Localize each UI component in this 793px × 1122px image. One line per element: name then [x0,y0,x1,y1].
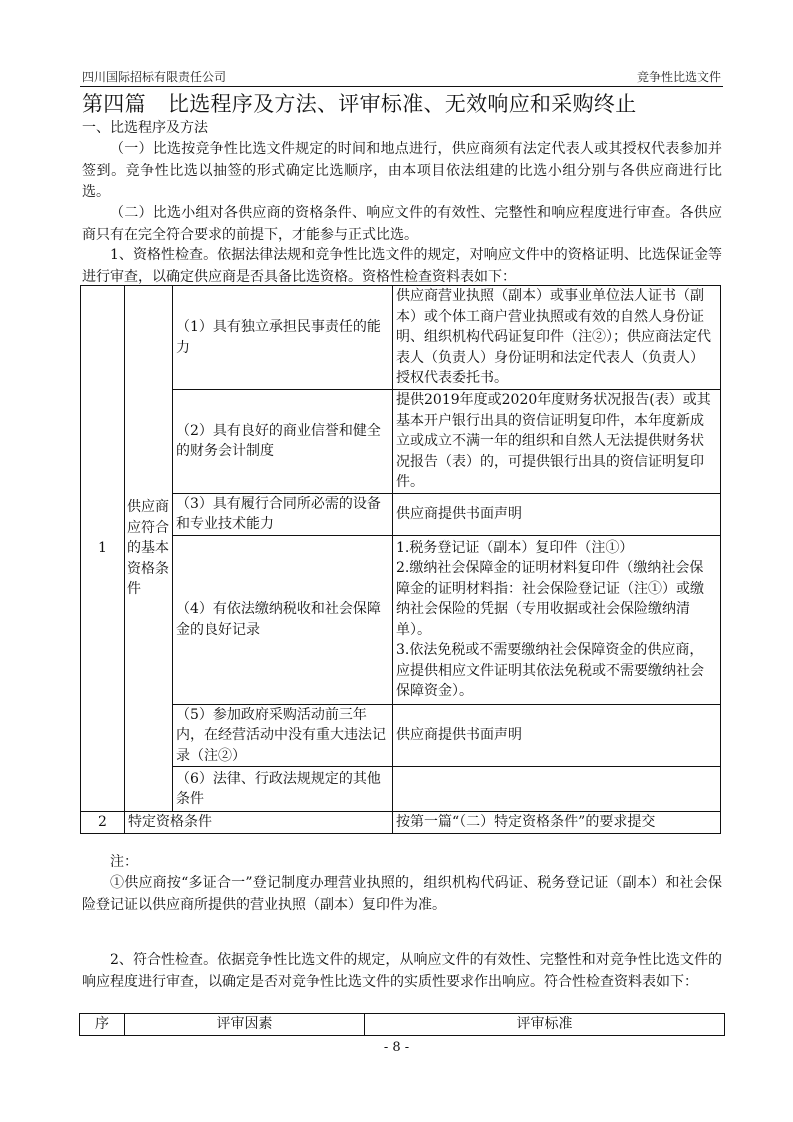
requirement-line: 1.税务登记证（副本）复印件（注①） [396,538,717,559]
condition-cell: （1）具有独立承担民事责任的能力 [173,286,393,390]
header-cell-factor: 评审因素 [125,1014,365,1036]
table-row: 2 特定资格条件 按第一篇“（二）特定资格条件”的要求提交 [81,812,721,834]
section1-heading: 一、比选程序及方法 [82,118,722,140]
condition-cell: （6）法律、行政法规规定的其他条件 [173,767,393,812]
table-row: （2）具有良好的商业信誉和健全的财务会计制度 提供2019年度或2020年度财务… [81,390,721,494]
section1-paragraph-3: 1、资格性检查。依据法律法规和竞争性比选文件的规定，对响应文件中的资格证明、比选… [82,245,722,288]
condition-cell: （3）具有履行合同所必需的设备和专业技术能力 [173,493,393,535]
notes-label: 注： [82,852,722,874]
row-number: 2 [81,812,125,834]
requirement-cell: 供应商提供书面声明 [393,493,721,535]
requirement-cell [393,767,721,812]
requirement-line: 2.缴纳社会保障金的证明材料复印件（缴纳社会保障金的证明材料指：社会保险登记证（… [396,558,717,640]
note-1: ①供应商按“多证合一”登记制度办理营业执照的，组织机构代码证、税务登记证（副本）… [82,873,722,916]
header-divider [80,86,723,87]
table-row: （3）具有履行合同所必需的设备和专业技术能力 供应商提供书面声明 [81,493,721,535]
table-row: （5）参加政府采购活动前三年内，在经营活动中没有重大违法记录（注②） 供应商提供… [81,704,721,767]
page-number: - 8 - [0,1040,793,1055]
page-title: 第四篇比选程序及方法、评审标准、无效响应和采购终止 [82,88,637,118]
section2-paragraph-1: 2、符合性检查。依据竞争性比选文件的规定，从响应文件的有效性、完整性和对竞争性比… [82,950,722,993]
section1-paragraph-2: （二）比选小组对各供应商的资格条件、响应文件的有效性、完整性和响应程度进行审查。… [82,203,722,246]
header-company: 四川国际招标有限责任公司 [82,68,226,85]
section1-paragraph-1: （一）比选按竞争性比选文件规定的时间和地点进行，供应商须有法定代表人或其授权代表… [82,139,722,204]
title-part: 第四篇 [82,92,146,116]
row-number: 1 [81,286,125,812]
category-cell: 特定资格条件 [125,812,393,834]
table-row: （4）有依法缴纳税收和社会保障金的良好记录 1.税务登记证（副本）复印件（注①）… [81,535,721,704]
requirement-cell: 供应商营业执照（副本）或事业单位法人证书（副本）或个体工商户营业执照或有效的自然… [393,286,721,390]
category-cell: 供应商应符合的基本资格条件 [125,286,173,812]
qualification-table: 1 供应商应符合的基本资格条件 （1）具有独立承担民事责任的能力 供应商营业执照… [80,285,721,834]
requirement-cell: 提供2019年度或2020年度财务状况报告(表）或其基本开户银行出具的资信证明复… [393,390,721,494]
condition-cell: （2）具有良好的商业信誉和健全的财务会计制度 [173,390,393,494]
compliance-table: 序 评审因素 评审标准 [79,1013,725,1036]
table-row: 1 供应商应符合的基本资格条件 （1）具有独立承担民事责任的能力 供应商营业执照… [81,286,721,390]
table-row: （6）法律、行政法规规定的其他条件 [81,767,721,812]
header-cell-standard: 评审标准 [365,1014,725,1036]
header-cell-number: 序 [80,1014,125,1036]
requirement-cell: 供应商提供书面声明 [393,704,721,767]
requirement-cell: 按第一篇“（二）特定资格条件”的要求提交 [393,812,721,834]
table-header-row: 序 评审因素 评审标准 [80,1014,725,1036]
condition-cell: （4）有依法缴纳税收和社会保障金的良好记录 [173,535,393,704]
requirement-line: 3.依法免税或不需要缴纳社会保障资金的供应商，应提供相应文件证明其依法免税或不需… [396,640,717,702]
title-text: 比选程序及方法、评审标准、无效响应和采购终止 [168,92,637,116]
condition-cell: （5）参加政府采购活动前三年内，在经营活动中没有重大违法记录（注②） [173,704,393,767]
header-doc-type: 竞争性比选文件 [637,68,721,85]
requirement-cell: 1.税务登记证（副本）复印件（注①） 2.缴纳社会保障金的证明材料复印件（缴纳社… [393,535,721,704]
